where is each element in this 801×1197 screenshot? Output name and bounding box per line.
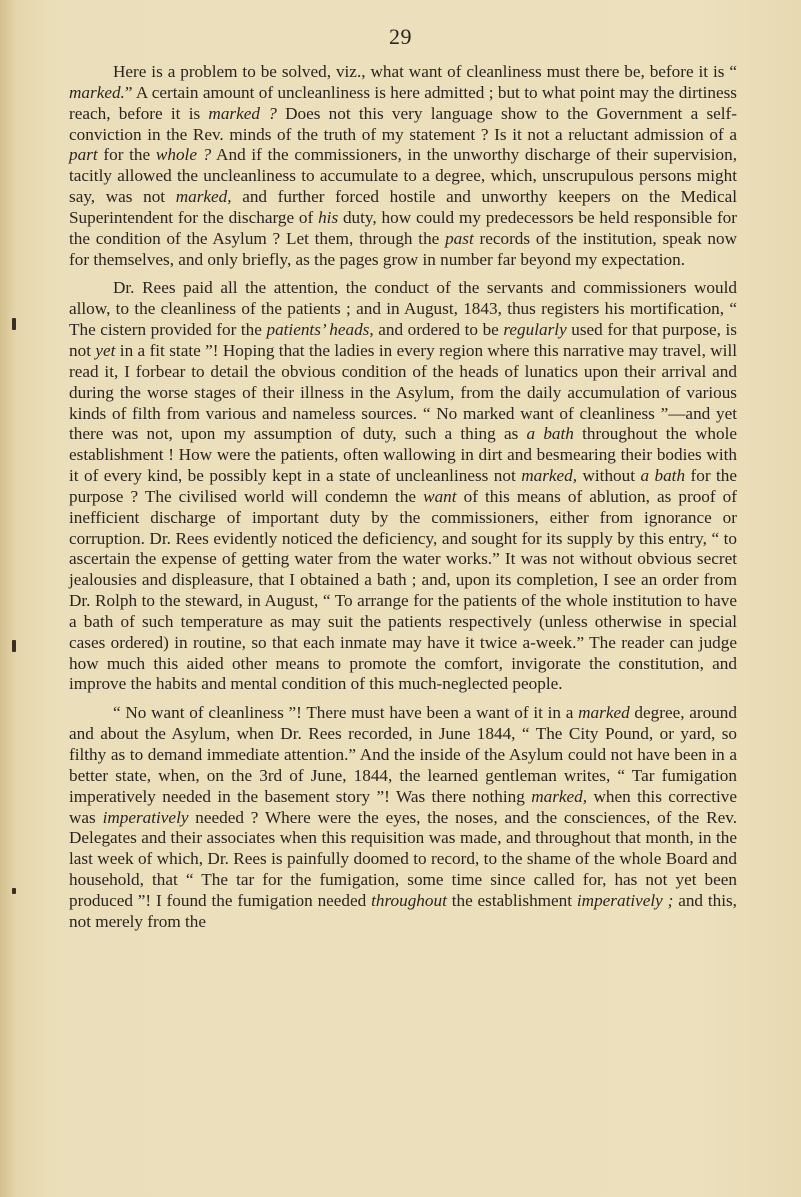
margin-mark (12, 640, 16, 652)
margin-mark (12, 888, 16, 894)
text-run: for the (98, 145, 156, 164)
text-run: without (577, 466, 640, 485)
italic-emphasis: a bath (640, 466, 685, 485)
paragraph-1: Here is a problem to be solved, viz., wh… (69, 62, 737, 270)
italic-emphasis: marked. (69, 83, 125, 102)
text-run: the establishment (447, 891, 577, 910)
margin-mark (12, 318, 16, 330)
italic-emphasis: marked (578, 703, 630, 722)
italic-emphasis: marked, (521, 466, 577, 485)
italic-emphasis: a bath (527, 424, 574, 443)
italic-emphasis: imperatively (103, 808, 189, 827)
italic-emphasis: whole ? (156, 145, 211, 164)
text-run: of this means of ablution, as proof of i… (69, 487, 737, 694)
italic-emphasis: part (69, 145, 98, 164)
italic-emphasis: his (318, 208, 338, 227)
text-run: “ No want of cleanliness ”! There must h… (113, 703, 578, 722)
page-edge (0, 0, 14, 1197)
paragraph-2: Dr. Rees paid all the attention, the con… (69, 278, 737, 695)
text-run: Here is a problem to be solved, viz., wh… (113, 62, 737, 81)
italic-emphasis: yet (95, 341, 115, 360)
paragraph-3: “ No want of cleanliness ”! There must h… (69, 703, 737, 932)
italic-emphasis: marked, (176, 187, 232, 206)
page-number: 29 (0, 24, 801, 50)
italic-emphasis: marked, (531, 787, 587, 806)
italic-emphasis: regularly (503, 320, 566, 339)
body-text: Here is a problem to be solved, viz., wh… (69, 62, 737, 933)
text-run: and ordered to be (374, 320, 504, 339)
italic-emphasis: imperatively ; (577, 891, 673, 910)
italic-emphasis: throughout (371, 891, 447, 910)
italic-emphasis: marked ? (208, 104, 276, 123)
italic-emphasis: patients’ heads, (266, 320, 373, 339)
italic-emphasis: want (423, 487, 456, 506)
italic-emphasis: past (445, 229, 474, 248)
